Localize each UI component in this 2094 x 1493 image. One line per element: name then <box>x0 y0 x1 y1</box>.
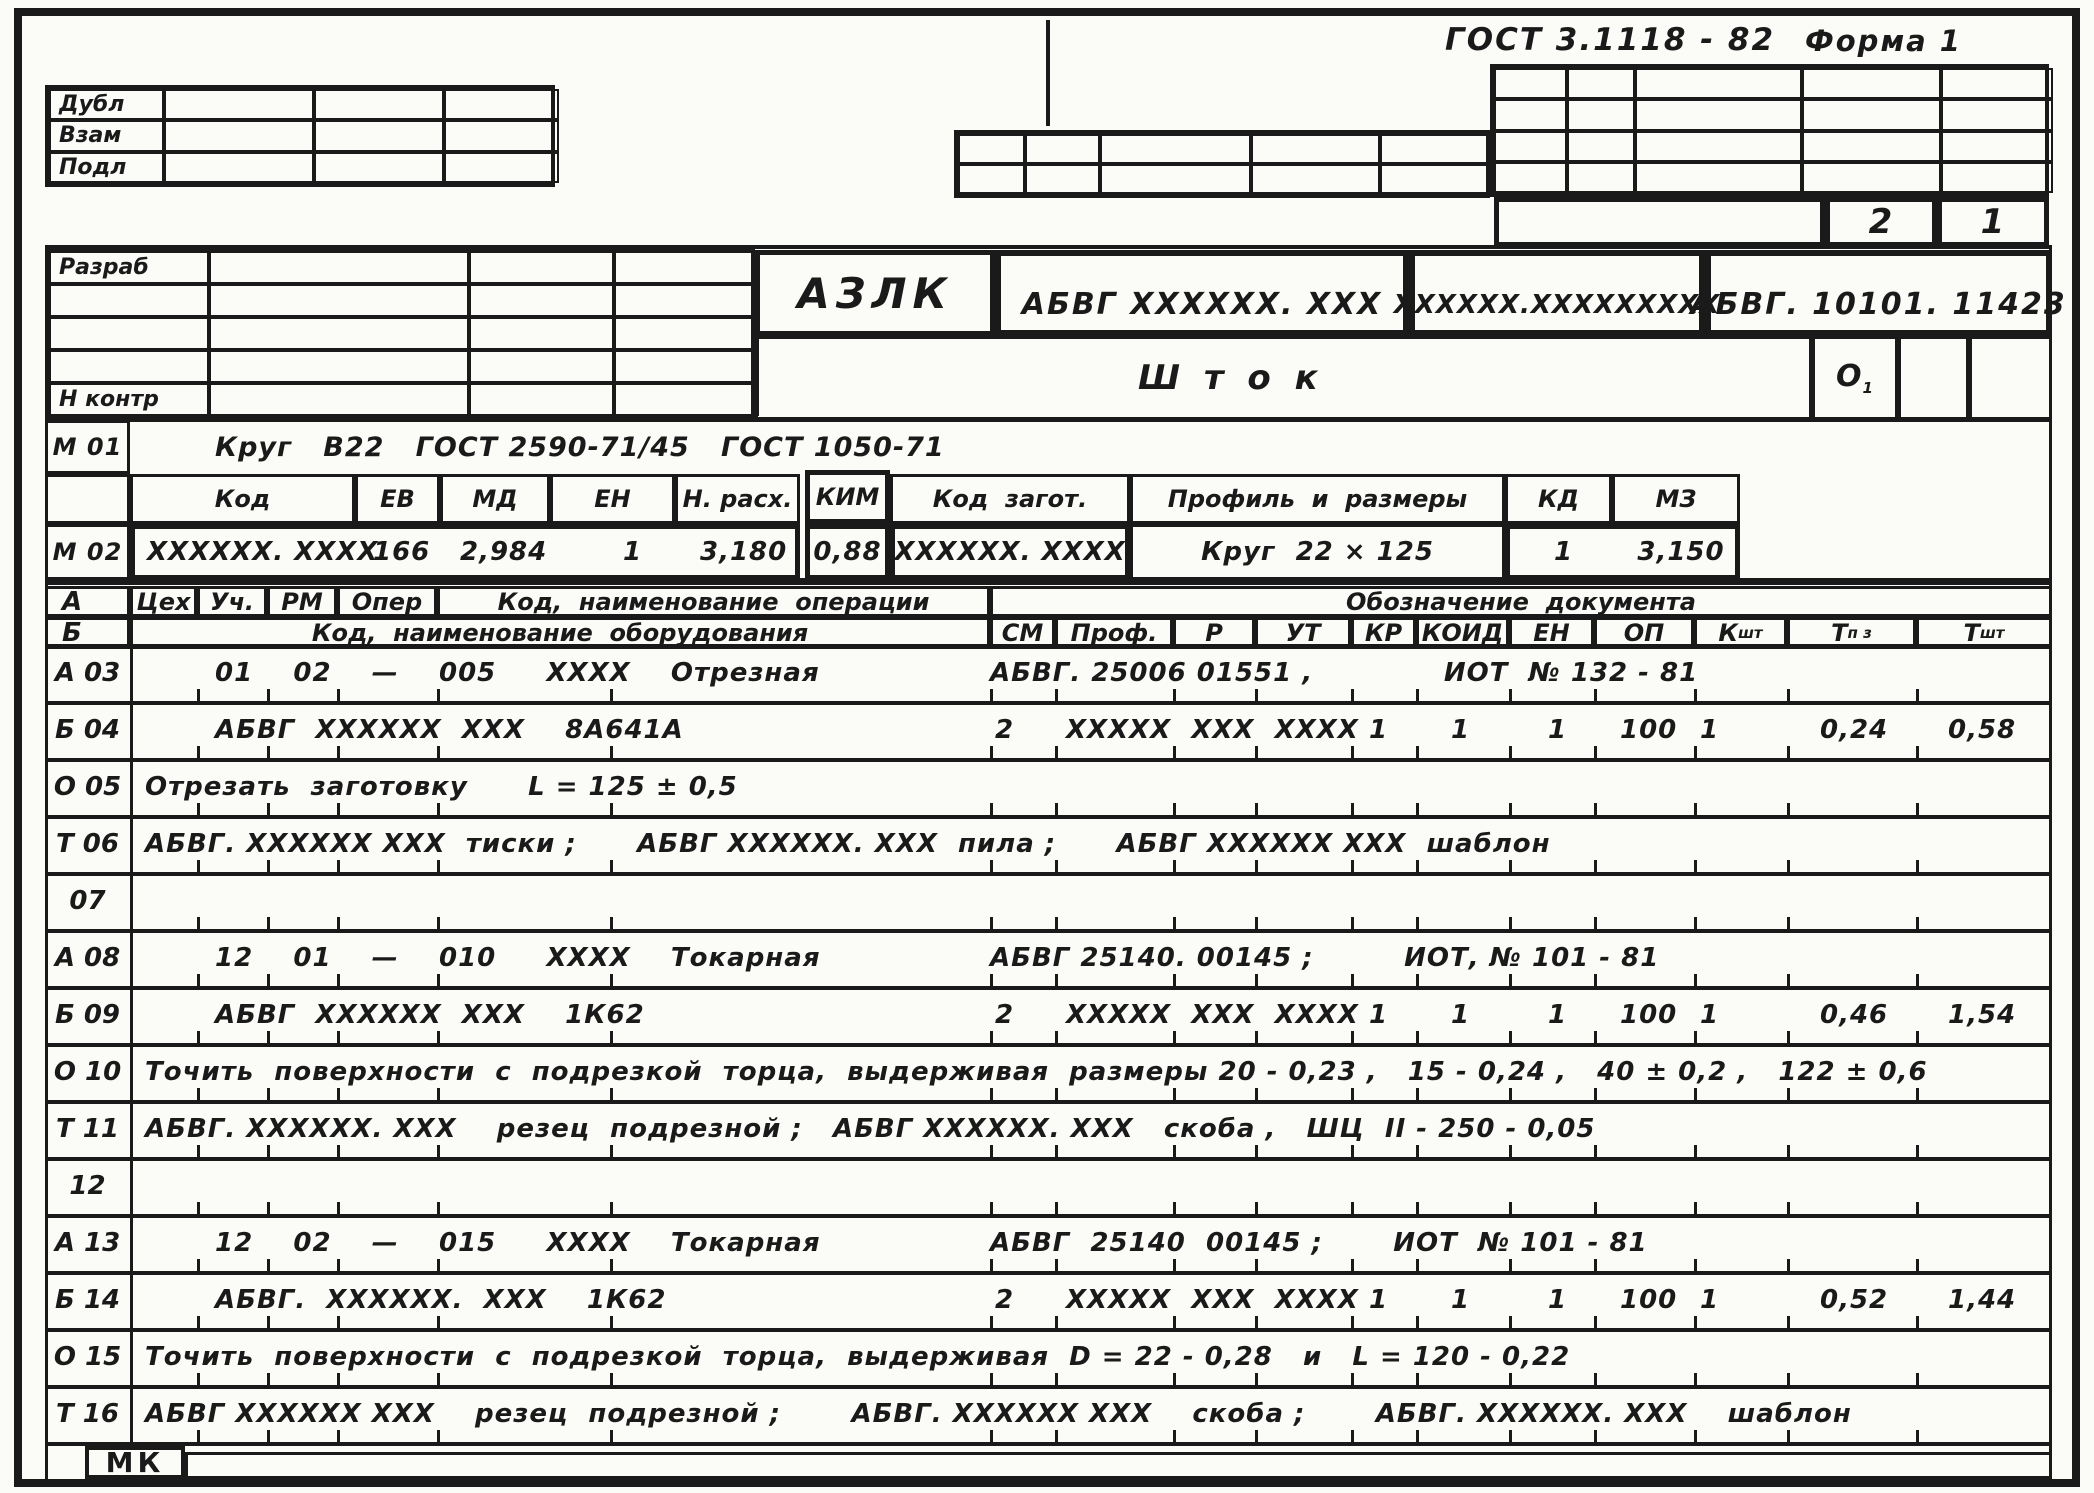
column-tick <box>1055 917 1058 929</box>
operation-text: 12 01 — 010 ХХХХ Токарная <box>215 933 821 983</box>
empty-cell <box>164 120 314 151</box>
empty-cell <box>469 284 614 317</box>
column-tick <box>267 1373 270 1385</box>
column-tick <box>1694 1202 1697 1214</box>
column-tick <box>1594 1031 1597 1043</box>
column-tick <box>1916 1316 1919 1328</box>
empty-cell <box>1251 134 1380 164</box>
document-code-cell-2: ХХХХХХ.ХХХХХХХХХ <box>1409 250 1705 336</box>
sheet-row-empty-cell <box>1494 197 1825 247</box>
column-tick <box>990 689 993 701</box>
form-label: Подл <box>59 155 126 180</box>
row-label-divider <box>130 990 133 1043</box>
column-tick <box>1255 1202 1258 1214</box>
column-tick <box>1916 1031 1919 1043</box>
a-col-document-designation: Обозначение документа <box>990 586 2052 617</box>
column-tick <box>1173 1088 1176 1100</box>
m02-col-kod: Код <box>130 474 355 524</box>
column-tick <box>1594 1088 1597 1100</box>
empty-cell <box>1494 162 1567 193</box>
column-tick <box>437 974 440 986</box>
table-left-border <box>45 245 48 1479</box>
row-service-mark: 12 <box>45 1161 130 1211</box>
row-value: 2 <box>995 1275 1014 1325</box>
table-row: Т 11АБВГ. ХХХХХХ. ХХХ резец подрезной ; … <box>45 1104 2052 1161</box>
table-row: А 0812 01 — 010 ХХХХ ТокарнаяАБВГ 25140.… <box>45 933 2052 990</box>
column-tick <box>1351 1373 1354 1385</box>
m01-row-label: М 01 <box>45 420 130 474</box>
row-service-mark: О 15 <box>45 1332 130 1382</box>
top-middle-table <box>954 130 1490 198</box>
column-tick <box>1173 974 1176 986</box>
column-tick <box>197 974 200 986</box>
row-label-divider <box>130 1104 133 1157</box>
m02-val-kd: 1 <box>1510 537 1617 567</box>
column-tick <box>1694 1031 1697 1043</box>
column-tick <box>1255 1373 1258 1385</box>
column-tick <box>1055 689 1058 701</box>
empty-cell <box>1941 99 2053 130</box>
column-tick <box>1509 974 1512 986</box>
column-tick <box>1787 803 1790 815</box>
column-tick <box>1055 1088 1058 1100</box>
column-tick <box>1787 1430 1790 1442</box>
empty-cell <box>209 284 469 317</box>
column-tick <box>197 1373 200 1385</box>
row-value: 1 <box>1548 1275 1567 1325</box>
column-tick <box>337 1430 340 1442</box>
column-tick <box>1351 860 1354 872</box>
column-tick <box>1916 917 1919 929</box>
empty-cell <box>1567 162 1635 193</box>
empty-cell <box>469 317 614 350</box>
row-value: ХХХХХ ХХХ ХХХХ <box>1066 705 1359 755</box>
empty-cell <box>1251 164 1380 194</box>
column-tick <box>1694 1088 1697 1100</box>
row-value: 1 <box>1700 990 1719 1040</box>
row-value: 1 <box>1548 705 1567 755</box>
column-tick <box>990 1430 993 1442</box>
column-tick <box>1255 860 1258 872</box>
column-tick <box>1787 1316 1790 1328</box>
row-value: 1 <box>1700 705 1719 755</box>
m02-col-md: МД <box>440 474 550 524</box>
operation-description-text: Точить поверхности с подрезкой торца, вы… <box>145 1047 1928 1097</box>
empty-cell <box>1941 131 2053 162</box>
column-tick <box>1351 746 1354 758</box>
m02-val-ev: 166 <box>373 537 430 567</box>
column-tick <box>267 1202 270 1214</box>
column-tick <box>197 1145 200 1157</box>
equipment-text: АБВГ. ХХХХХХ. ХХХ 1К62 <box>215 1275 666 1325</box>
sheet-number-cell: 1 <box>1937 197 2049 247</box>
equipment-text: АБВГ ХХХХХХ ХХХ 8А641А <box>215 705 684 755</box>
m02-val-kim: 0,88 <box>805 524 890 580</box>
column-tick <box>1055 1430 1058 1442</box>
column-tick <box>1351 1430 1354 1442</box>
column-tick <box>610 746 613 758</box>
column-tick <box>1594 1373 1597 1385</box>
row-value: 1,54 <box>1948 990 2016 1040</box>
column-tick <box>990 1031 993 1043</box>
document-code-cell-3: АБВГ. 10101. 11423 <box>1705 250 2052 336</box>
empty-cell <box>614 350 759 383</box>
row-label-divider <box>130 1047 133 1100</box>
m02-val-kodzagot: ХХХХХХ. ХХХХ <box>890 524 1130 580</box>
operation-text: 01 02 — 005 ХХХХ Отрезная <box>215 648 820 698</box>
m02-val-mz: 3,150 <box>1617 537 1745 567</box>
column-tick <box>1916 803 1919 815</box>
a-col-uch: Уч. <box>197 586 267 617</box>
series-designation: О1 <box>1836 359 1874 397</box>
column-tick <box>1255 689 1258 701</box>
list-number-cell: 2 <box>1825 197 1937 247</box>
row-value: 2 <box>995 990 1014 1040</box>
column-tick <box>1916 860 1919 872</box>
column-tick <box>990 917 993 929</box>
m02-val-en: 1 <box>623 537 642 567</box>
column-tick <box>1694 974 1697 986</box>
form-number-label: Форма 1 <box>1805 24 1962 58</box>
column-tick <box>1916 746 1919 758</box>
column-tick <box>437 1031 440 1043</box>
row-service-mark: Т 06 <box>45 819 130 869</box>
column-tick <box>1787 974 1790 986</box>
empty-cell <box>614 251 759 284</box>
column-tick <box>267 1259 270 1271</box>
column-tick <box>437 1259 440 1271</box>
empty-cell <box>49 317 209 350</box>
document-designation-text: АБВГ 25140. 00145 ; ИОТ, № 101 - 81 <box>990 933 1659 983</box>
column-tick <box>610 689 613 701</box>
mk-label: МК <box>106 1446 165 1479</box>
column-tick <box>337 689 340 701</box>
row-value: 1 <box>1700 1275 1719 1325</box>
row-label-divider <box>130 1389 133 1442</box>
empty-cell <box>1380 164 1494 194</box>
m02-empty-label-cell <box>45 474 130 524</box>
form-label: Н контр <box>59 387 159 412</box>
row-label-divider <box>130 1332 133 1385</box>
column-tick <box>610 860 613 872</box>
column-tick <box>437 803 440 815</box>
empty-cell <box>444 152 559 183</box>
form-label-cell: Разраб <box>49 251 209 284</box>
column-tick <box>610 1088 613 1100</box>
column-tick <box>1255 1088 1258 1100</box>
row-value: 1 <box>1451 990 1470 1040</box>
column-tick <box>610 1430 613 1442</box>
column-tick <box>1351 1031 1354 1043</box>
table-row: Т 16АБВГ ХХХХХХ ХХХ резец подрезной ; АБ… <box>45 1389 2052 1446</box>
column-tick <box>990 974 993 986</box>
column-tick <box>1351 803 1354 815</box>
column-tick <box>1351 974 1354 986</box>
series-cell: О1 <box>1812 336 1898 420</box>
column-tick <box>1255 1430 1258 1442</box>
empty-cell <box>209 251 469 284</box>
part-name: Ш т о к <box>1138 358 1324 398</box>
column-tick <box>1255 917 1258 929</box>
column-tick <box>197 1259 200 1271</box>
column-tick <box>337 1373 340 1385</box>
column-tick <box>1509 917 1512 929</box>
column-tick <box>990 746 993 758</box>
column-tick <box>1416 1202 1419 1214</box>
column-tick <box>1694 917 1697 929</box>
tooling-text: АБВГ. ХХХХХХ. ХХХ резец подрезной ; АБВГ… <box>145 1104 1595 1154</box>
empty-cell <box>1100 164 1251 194</box>
mk-cell: МК <box>85 1446 185 1479</box>
column-tick <box>1694 803 1697 815</box>
column-tick <box>1509 803 1512 815</box>
row-value: ХХХХХ ХХХ ХХХХ <box>1066 990 1359 1040</box>
m02-val-nrasx: 3,180 <box>700 537 787 567</box>
row-value: 0,58 <box>1948 705 2016 755</box>
series-empty-cell-2 <box>1969 336 2052 420</box>
column-tick <box>1173 1316 1176 1328</box>
m02-val-profil: Круг 22 × 125 <box>1130 524 1505 580</box>
column-tick <box>267 746 270 758</box>
column-tick <box>1509 1031 1512 1043</box>
column-tick <box>1694 689 1697 701</box>
column-tick <box>337 860 340 872</box>
row-service-mark: А 08 <box>45 933 130 983</box>
column-tick <box>1416 1373 1419 1385</box>
column-tick <box>1173 917 1176 929</box>
column-tick <box>1416 917 1419 929</box>
column-tick <box>1255 1316 1258 1328</box>
empty-cell <box>209 317 469 350</box>
column-tick <box>1916 1259 1919 1271</box>
row-value: 1 <box>1451 1275 1470 1325</box>
column-tick <box>990 860 993 872</box>
column-tick <box>337 1145 340 1157</box>
empty-cell <box>958 134 1025 164</box>
column-tick <box>437 1373 440 1385</box>
empty-cell <box>49 350 209 383</box>
empty-cell <box>1025 164 1100 194</box>
row-value: 0,52 <box>1820 1275 1888 1325</box>
column-tick <box>610 1373 613 1385</box>
column-tick <box>1055 1202 1058 1214</box>
empty-cell <box>314 152 444 183</box>
column-tick <box>1509 1259 1512 1271</box>
table-row: Т 06АБВГ. ХХХХХХ ХХХ тиски ; АБВГ ХХХХХХ… <box>45 819 2052 876</box>
form-label: Дубл <box>59 92 124 117</box>
operation-description-text: Отрезать заготовку L = 125 ± 0,5 <box>145 762 738 812</box>
column-tick <box>267 860 270 872</box>
column-tick <box>1055 1316 1058 1328</box>
row-label-divider <box>130 1161 133 1214</box>
column-tick <box>1173 689 1176 701</box>
empty-cell <box>1494 99 1567 130</box>
column-tick <box>337 1031 340 1043</box>
column-tick <box>1255 803 1258 815</box>
empty-cell <box>1941 68 2053 99</box>
row-value: 1 <box>1369 990 1388 1040</box>
row-value: 1,44 <box>1948 1275 2016 1325</box>
column-tick <box>1416 1088 1419 1100</box>
column-tick <box>1416 974 1419 986</box>
row-value: 100 <box>1620 705 1677 755</box>
empty-cell <box>614 317 759 350</box>
row-value: 1 <box>1451 705 1470 755</box>
column-tick <box>1694 746 1697 758</box>
column-tick <box>1916 1430 1919 1442</box>
row-label-divider <box>130 876 133 929</box>
column-tick <box>990 1145 993 1157</box>
empty-cell <box>1380 134 1494 164</box>
column-tick <box>610 1202 613 1214</box>
form-label-cell: Взам <box>49 120 164 151</box>
form-label: Разраб <box>59 255 149 280</box>
m02-col-kd: КД <box>1505 474 1612 524</box>
m02-col-kodzagot: Код загот. <box>890 474 1130 524</box>
column-tick <box>1255 746 1258 758</box>
row-label-divider <box>130 648 133 701</box>
column-tick <box>197 1316 200 1328</box>
column-tick <box>1509 689 1512 701</box>
empty-cell <box>444 120 559 151</box>
a-row-mark: А <box>45 586 130 617</box>
column-tick <box>1594 1259 1597 1271</box>
part-name-cell: Ш т о к <box>755 336 1812 420</box>
column-tick <box>1416 860 1419 872</box>
row-service-mark: Т 16 <box>45 1389 130 1439</box>
column-tick <box>1787 1145 1790 1157</box>
row-service-mark: О 05 <box>45 762 130 812</box>
column-tick <box>1055 803 1058 815</box>
empty-cell <box>209 350 469 383</box>
row-value: 100 <box>1620 1275 1677 1325</box>
column-tick <box>1173 860 1176 872</box>
route-map-document: ГОСТ 3.1118 - 82 Форма 1 ДублВзамПодл 2 … <box>0 0 2094 1493</box>
row-value: 1 <box>1548 990 1567 1040</box>
column-tick <box>1351 1316 1354 1328</box>
table-row: Б 04АБВГ ХХХХХХ ХХХ 8А641А2ХХХХХ ХХХ ХХХ… <box>45 705 2052 762</box>
column-tick <box>267 803 270 815</box>
column-tick <box>1916 689 1919 701</box>
row-value: 0,24 <box>1820 705 1888 755</box>
column-tick <box>337 974 340 986</box>
row-label-divider <box>130 1275 133 1328</box>
m02-val-kod: ХХХХХХ. ХХХХ <box>147 537 378 567</box>
row-service-mark: О 10 <box>45 1047 130 1097</box>
copy-stamp-table: ДублВзамПодл <box>45 85 555 187</box>
column-tick <box>1055 746 1058 758</box>
table-row: А 0301 02 — 005 ХХХХ ОтрезнаяАБВГ. 25006… <box>45 648 2052 705</box>
column-tick <box>337 1259 340 1271</box>
form-label: Взам <box>59 123 121 148</box>
row-service-mark: Б 04 <box>45 705 130 755</box>
column-tick <box>1509 1373 1512 1385</box>
column-tick <box>337 803 340 815</box>
column-tick <box>1055 1259 1058 1271</box>
m02-row-label: М 02 <box>45 524 130 580</box>
empty-cell <box>469 251 614 284</box>
column-tick <box>1255 1259 1258 1271</box>
column-tick <box>267 1088 270 1100</box>
column-tick <box>990 1316 993 1328</box>
column-tick <box>1173 1145 1176 1157</box>
column-tick <box>1509 1145 1512 1157</box>
column-tick <box>197 746 200 758</box>
column-tick <box>1509 746 1512 758</box>
column-tick <box>610 917 613 929</box>
column-tick <box>1694 1145 1697 1157</box>
column-tick <box>1055 1145 1058 1157</box>
row-label-divider <box>130 819 133 872</box>
column-tick <box>1351 1202 1354 1214</box>
column-tick <box>1787 1202 1790 1214</box>
series-empty-cell-1 <box>1898 336 1969 420</box>
m02-col-profil: Профиль и размеры <box>1130 474 1505 524</box>
table-row: О 05Отрезать заготовку L = 125 ± 0,5 <box>45 762 2052 819</box>
table-row: О 10Точить поверхности с подрезкой торца… <box>45 1047 2052 1104</box>
column-tick <box>1509 860 1512 872</box>
column-tick <box>437 860 440 872</box>
column-tick <box>437 1430 440 1442</box>
column-tick <box>1173 1430 1176 1442</box>
column-tick <box>267 974 270 986</box>
column-tick <box>1173 1202 1176 1214</box>
a-col-oper: Опер <box>337 586 437 617</box>
form-label-cell: Н контр <box>49 383 209 416</box>
column-tick <box>1055 1031 1058 1043</box>
column-tick <box>1351 689 1354 701</box>
empty-cell <box>1635 68 1802 99</box>
column-tick <box>197 1430 200 1442</box>
column-tick <box>1916 1088 1919 1100</box>
column-tick <box>197 803 200 815</box>
column-tick <box>1694 1373 1697 1385</box>
column-tick <box>437 1202 440 1214</box>
column-tick <box>610 974 613 986</box>
column-tick <box>610 803 613 815</box>
column-tick <box>990 1259 993 1271</box>
column-tick <box>1787 1373 1790 1385</box>
row-value: 2 <box>995 705 1014 755</box>
empty-cell <box>164 89 314 120</box>
empty-cell <box>1567 131 1635 162</box>
column-tick <box>1173 1031 1176 1043</box>
empty-cell <box>164 152 314 183</box>
empty-cell <box>614 284 759 317</box>
column-tick <box>1594 974 1597 986</box>
column-tick <box>1509 1088 1512 1100</box>
column-tick <box>610 1259 613 1271</box>
column-tick <box>267 689 270 701</box>
table-row: Б 14АБВГ. ХХХХХХ. ХХХ 1К622ХХХХХ ХХХ ХХХ… <box>45 1275 2052 1332</box>
column-tick <box>267 917 270 929</box>
column-tick <box>1509 1202 1512 1214</box>
empty-cell <box>444 89 559 120</box>
m02-col-nrasx: Н. расх. <box>675 474 800 524</box>
tooling-text: АБВГ. ХХХХХХ ХХХ тиски ; АБВГ ХХХХХХ. ХХ… <box>145 819 1551 869</box>
column-tick <box>610 1316 613 1328</box>
a-col-rm: РМ <box>267 586 337 617</box>
empty-cell <box>209 383 469 416</box>
mk-empty-cell <box>185 1452 2052 1479</box>
column-tick <box>1416 1316 1419 1328</box>
signature-table: РазрабН контр <box>45 247 755 420</box>
registration-mark <box>1046 20 1050 126</box>
column-tick <box>1416 746 1419 758</box>
column-tick <box>1787 1031 1790 1043</box>
column-tick <box>990 1202 993 1214</box>
m02-col-ev: ЕВ <box>355 474 440 524</box>
